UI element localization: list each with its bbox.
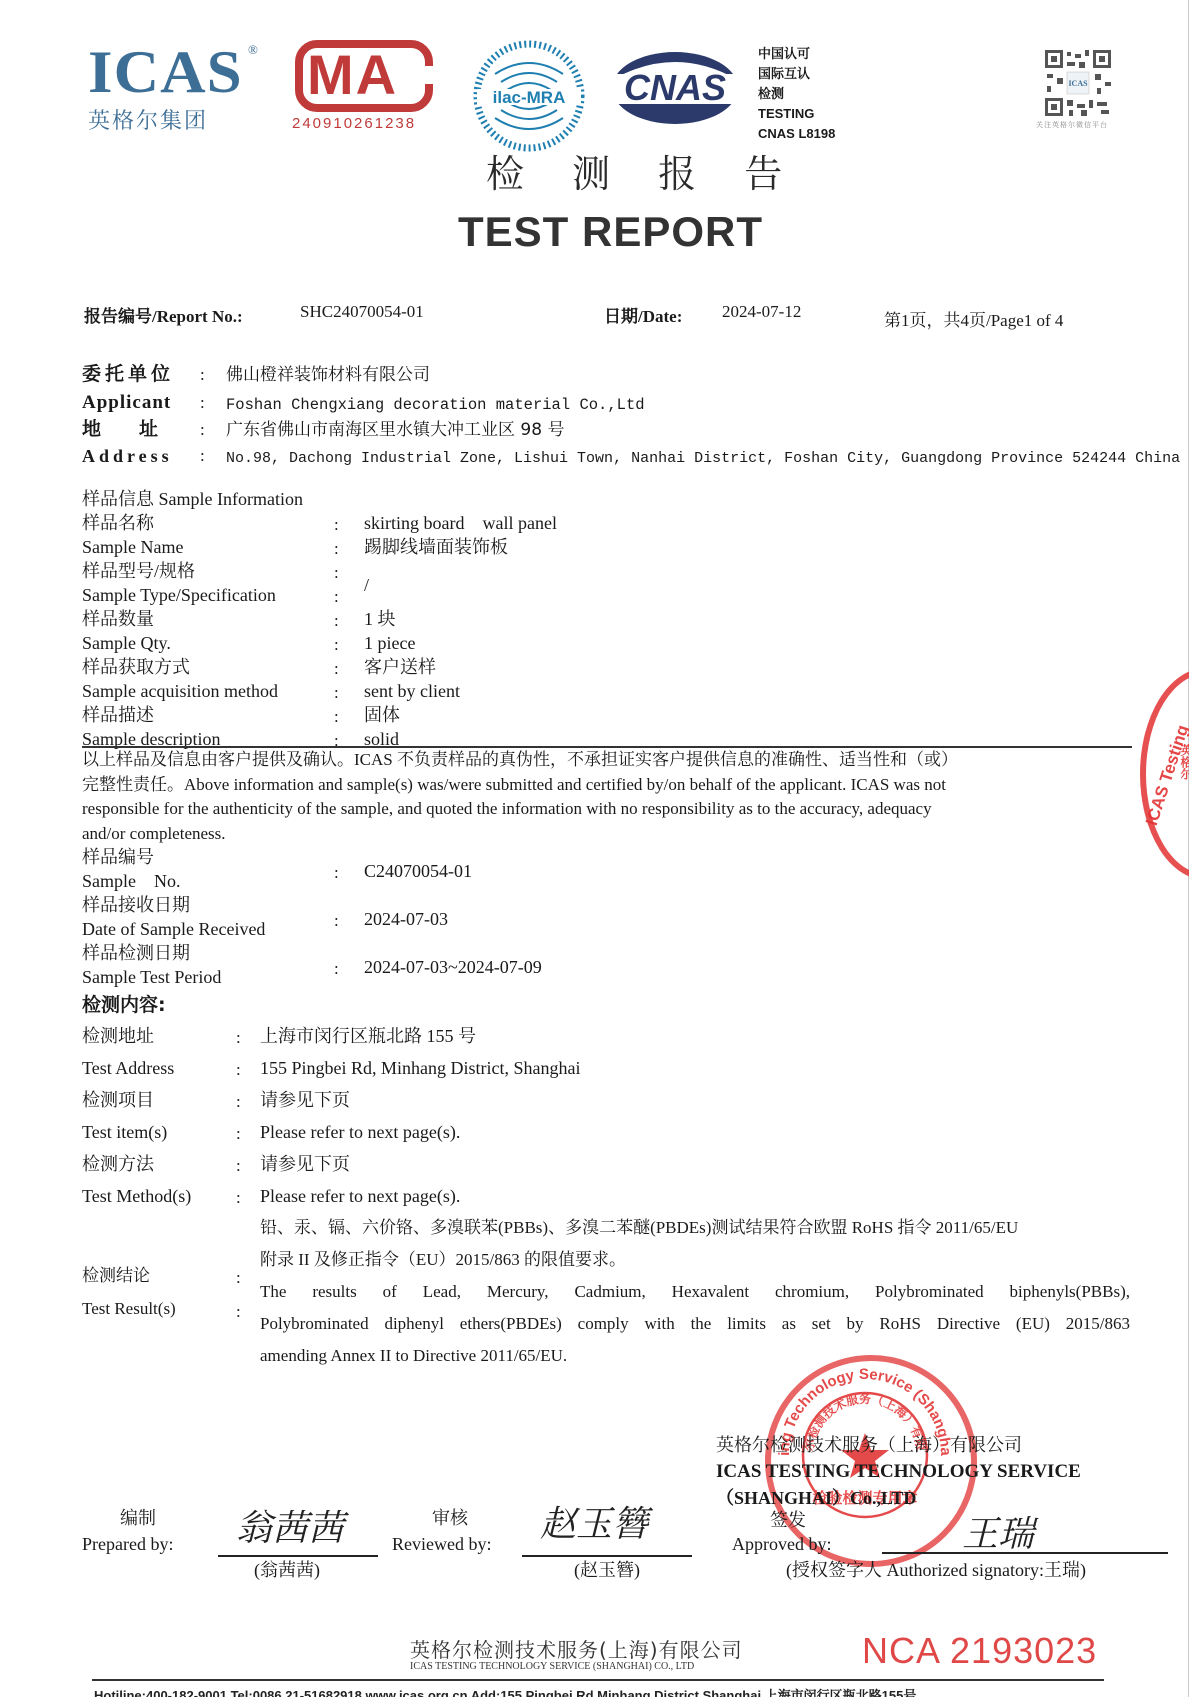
colon: : [334, 911, 339, 931]
reviewed-sign-line [522, 1555, 692, 1557]
colon: : [334, 659, 339, 679]
serial-number: NCA 2193023 [862, 1630, 1097, 1672]
prepared-label-cn: 编制 [120, 1508, 156, 1528]
cnas-logo-text: CNAS [624, 67, 726, 108]
test-content-value: 请参见下页 [260, 1154, 350, 1174]
sample-info-label: Sample acquisition method [82, 681, 278, 701]
result-en-line3: amending Annex II to Directive 2011/65/E… [260, 1346, 567, 1366]
colon: : [200, 365, 205, 385]
sample-info-value: skirting board wall panel [364, 513, 557, 533]
colon: : [334, 515, 339, 535]
test-content-heading: 检测内容: [82, 995, 166, 1015]
result-en-line1: The results of Lead, Mercury, Cadmium, H… [260, 1282, 1130, 1302]
sample-detail-value: 2024-07-03 [364, 909, 448, 929]
colon: : [200, 420, 205, 440]
ilac-logo-text: ilac-MRA [493, 88, 566, 107]
result-label-cn: 检测结论 [82, 1266, 150, 1286]
sample-info-label: Sample Qty. [82, 633, 171, 653]
colon: : [200, 446, 205, 466]
colon: : [236, 1188, 241, 1208]
sample-info-value: 踢脚线墙面装饰板 [364, 537, 508, 557]
approved-label-cn: 签发 [770, 1510, 806, 1530]
result-cn-line1: 铅、汞、镉、六价铬、多溴联苯(PBBs)、多溴二苯醚(PBDEs)测试结果符合欧… [260, 1218, 1018, 1238]
result-label-en: Test Result(s) [82, 1299, 176, 1319]
ilac-emblem-icon: ilac-MRA [473, 40, 585, 152]
test-content-label: Test item(s) [82, 1122, 167, 1142]
icas-logo-word: ICAS [88, 42, 256, 102]
prepared-signature: 翁茜茜 [236, 1500, 344, 1551]
test-content-value: Please refer to next page(s). [260, 1186, 460, 1206]
sample-info-value: sent by client [364, 681, 460, 701]
approved-label-en: Approved by: [732, 1534, 831, 1554]
svg-text:ICAS: ICAS [1068, 79, 1088, 88]
address-cn: 广东省佛山市南海区里水镇大冲工业区 98 号 [226, 420, 564, 440]
sample-info-value: 客户送样 [364, 657, 436, 677]
icas-logo: ICAS ® 英格尔集团 [88, 42, 248, 135]
test-content-label: 检测方法 [82, 1154, 154, 1174]
cma-logo-text: MA [307, 42, 398, 108]
test-content-label: 检测地址 [82, 1026, 154, 1046]
colon: : [200, 393, 205, 413]
date-label: 日期/Date: [604, 302, 682, 327]
prepared-name: (翁茜茜) [254, 1560, 320, 1580]
colon: : [236, 1124, 241, 1144]
signing-company-en-1: ICAS TESTING TECHNOLOGY SERVICE [716, 1462, 1081, 1482]
colon: : [334, 683, 339, 703]
cma-number: 240910261238 [292, 115, 416, 132]
test-content-label: Test Address [82, 1058, 174, 1078]
approved-name: (授权签字人 Authorized signatory:王瑞) [786, 1560, 1086, 1580]
result-en-line2: Polybrominated diphenyl ethers(PBDEs) co… [260, 1314, 1130, 1334]
sample-info-value: / [364, 575, 369, 595]
icas-logo-cn: 英格尔集团 [88, 104, 248, 135]
registered-mark: ® [248, 42, 258, 58]
prepared-sign-line [218, 1555, 378, 1557]
approved-sign-line [882, 1552, 1168, 1554]
sample-info-value: 1 piece [364, 633, 415, 653]
cma-logo: MA [295, 40, 435, 112]
colon: : [236, 1092, 241, 1112]
sample-detail-label-en: Date of Sample Received [82, 919, 265, 939]
sample-detail-value: C24070054-01 [364, 861, 472, 881]
test-content-value: 上海市闵行区瓶北路 155 号 [260, 1026, 476, 1046]
qr-code-icon[interactable]: ICAS [1043, 48, 1113, 118]
signing-company-en-2: （SHANGHAI）Co.,LTD [716, 1488, 916, 1508]
colon: : [334, 959, 339, 979]
colon: : [334, 611, 339, 631]
applicant-label-en: Applicant [82, 393, 171, 413]
sample-detail-value: 2024-07-03~2024-07-09 [364, 957, 542, 977]
result-cn-line2: 附录 II 及修正指令（EU）2015/863 的限值要求。 [260, 1250, 626, 1270]
sample-info-label: 样品名称 [82, 513, 154, 533]
test-content-value: Please refer to next page(s). [260, 1122, 460, 1142]
reviewed-label-cn: 审核 [432, 1508, 468, 1528]
qr-caption: 关注英格尔微信平台 [1036, 120, 1108, 130]
report-no-label: 报告编号/Report No.: [84, 302, 243, 327]
cnas-logo: CNAS [610, 50, 740, 126]
sample-info-label: 样品获取方式 [82, 657, 190, 677]
ilac-mra-logo: ilac-MRA [473, 40, 585, 152]
sample-info-label: 样品描述 [82, 705, 154, 725]
reviewed-label-en: Reviewed by: [392, 1534, 491, 1554]
sample-info-label: Sample Type/Specification [82, 585, 276, 605]
test-content-label: 检测项目 [82, 1090, 154, 1110]
sample-detail-label-cn: 样品编号 [82, 847, 154, 867]
test-content-label: Test Method(s) [82, 1186, 191, 1206]
sample-info-label: Sample Name [82, 537, 183, 557]
sample-detail-label-cn: 样品接收日期 [82, 895, 190, 915]
colon: : [236, 1268, 241, 1288]
report-date: 2024-07-12 [722, 302, 801, 322]
colon: : [236, 1302, 241, 1322]
applicant-label-cn: 委托单位 [82, 365, 174, 385]
sample-info-label: 样品型号/规格 [82, 561, 195, 581]
reviewed-name: (赵玉簪) [574, 1560, 640, 1580]
colon: : [334, 539, 339, 559]
cnas-caption: 中国认可 国际互认 检测 TESTING CNAS L8198 [758, 44, 835, 144]
sample-info-value: 固体 [364, 705, 400, 725]
colon: : [334, 863, 339, 883]
sample-detail-label-cn: 样品检测日期 [82, 943, 190, 963]
cnas-emblem-icon: CNAS [610, 50, 740, 126]
applicant-name-cn: 佛山橙祥装饰材料有限公司 [226, 365, 430, 385]
signing-company-cn: 英格尔检测技术服务（上海）有限公司 [716, 1436, 1022, 1456]
footer-company-en: ICAS TESTING TECHNOLOGY SERVICE (SHANGHA… [410, 1661, 694, 1672]
footer-company-cn: 英格尔检测技术服务(上海)有限公司 [410, 1634, 743, 1663]
address-label-en: Address [82, 446, 173, 466]
colon: : [236, 1156, 241, 1176]
colon: : [236, 1060, 241, 1080]
applicant-name-en: Foshan Chengxiang decoration material Co… [226, 395, 645, 415]
test-content-value: 155 Pingbei Rd, Minhang District, Shangh… [260, 1058, 580, 1078]
report-no: SHC24070054-01 [300, 302, 424, 322]
sample-info-label: 样品数量 [82, 609, 154, 629]
colon: : [334, 707, 339, 727]
address-en: No.98, Dachong Industrial Zone, Lishui T… [226, 449, 1180, 469]
address-label-cn: 地 址 [82, 420, 158, 440]
reviewed-signature: 赵玉簪 [540, 1496, 648, 1547]
disclaimer: 以上样品及信息由客户提供及确认。ICAS 不负责样品的真伪性，不承担证实客户提供… [82, 748, 1132, 846]
approved-signature: 王瑞 [962, 1506, 1034, 1557]
page-title: TEST REPORT [458, 208, 763, 256]
sample-detail-label-en: Sample No. [82, 871, 181, 891]
page-number: 第1页，共4页/Page1 of 4 [884, 306, 1063, 331]
footer-contact: Hotiline:400-182-9001 Tel:0086 21-516829… [94, 1685, 916, 1697]
title-cn: 检 测 报 告 [486, 143, 800, 198]
prepared-label-en: Prepared by: [82, 1534, 173, 1554]
colon: : [334, 563, 339, 583]
colon: : [236, 1028, 241, 1048]
sample-info-heading: 样品信息 Sample Information [82, 489, 303, 510]
colon: : [334, 635, 339, 655]
colon: : [334, 587, 339, 607]
test-content-value: 请参见下页 [260, 1090, 350, 1110]
footer-divider [92, 1679, 1104, 1681]
sample-info-value: 1 块 [364, 609, 396, 629]
sample-detail-label-en: Sample Test Period [82, 967, 221, 987]
